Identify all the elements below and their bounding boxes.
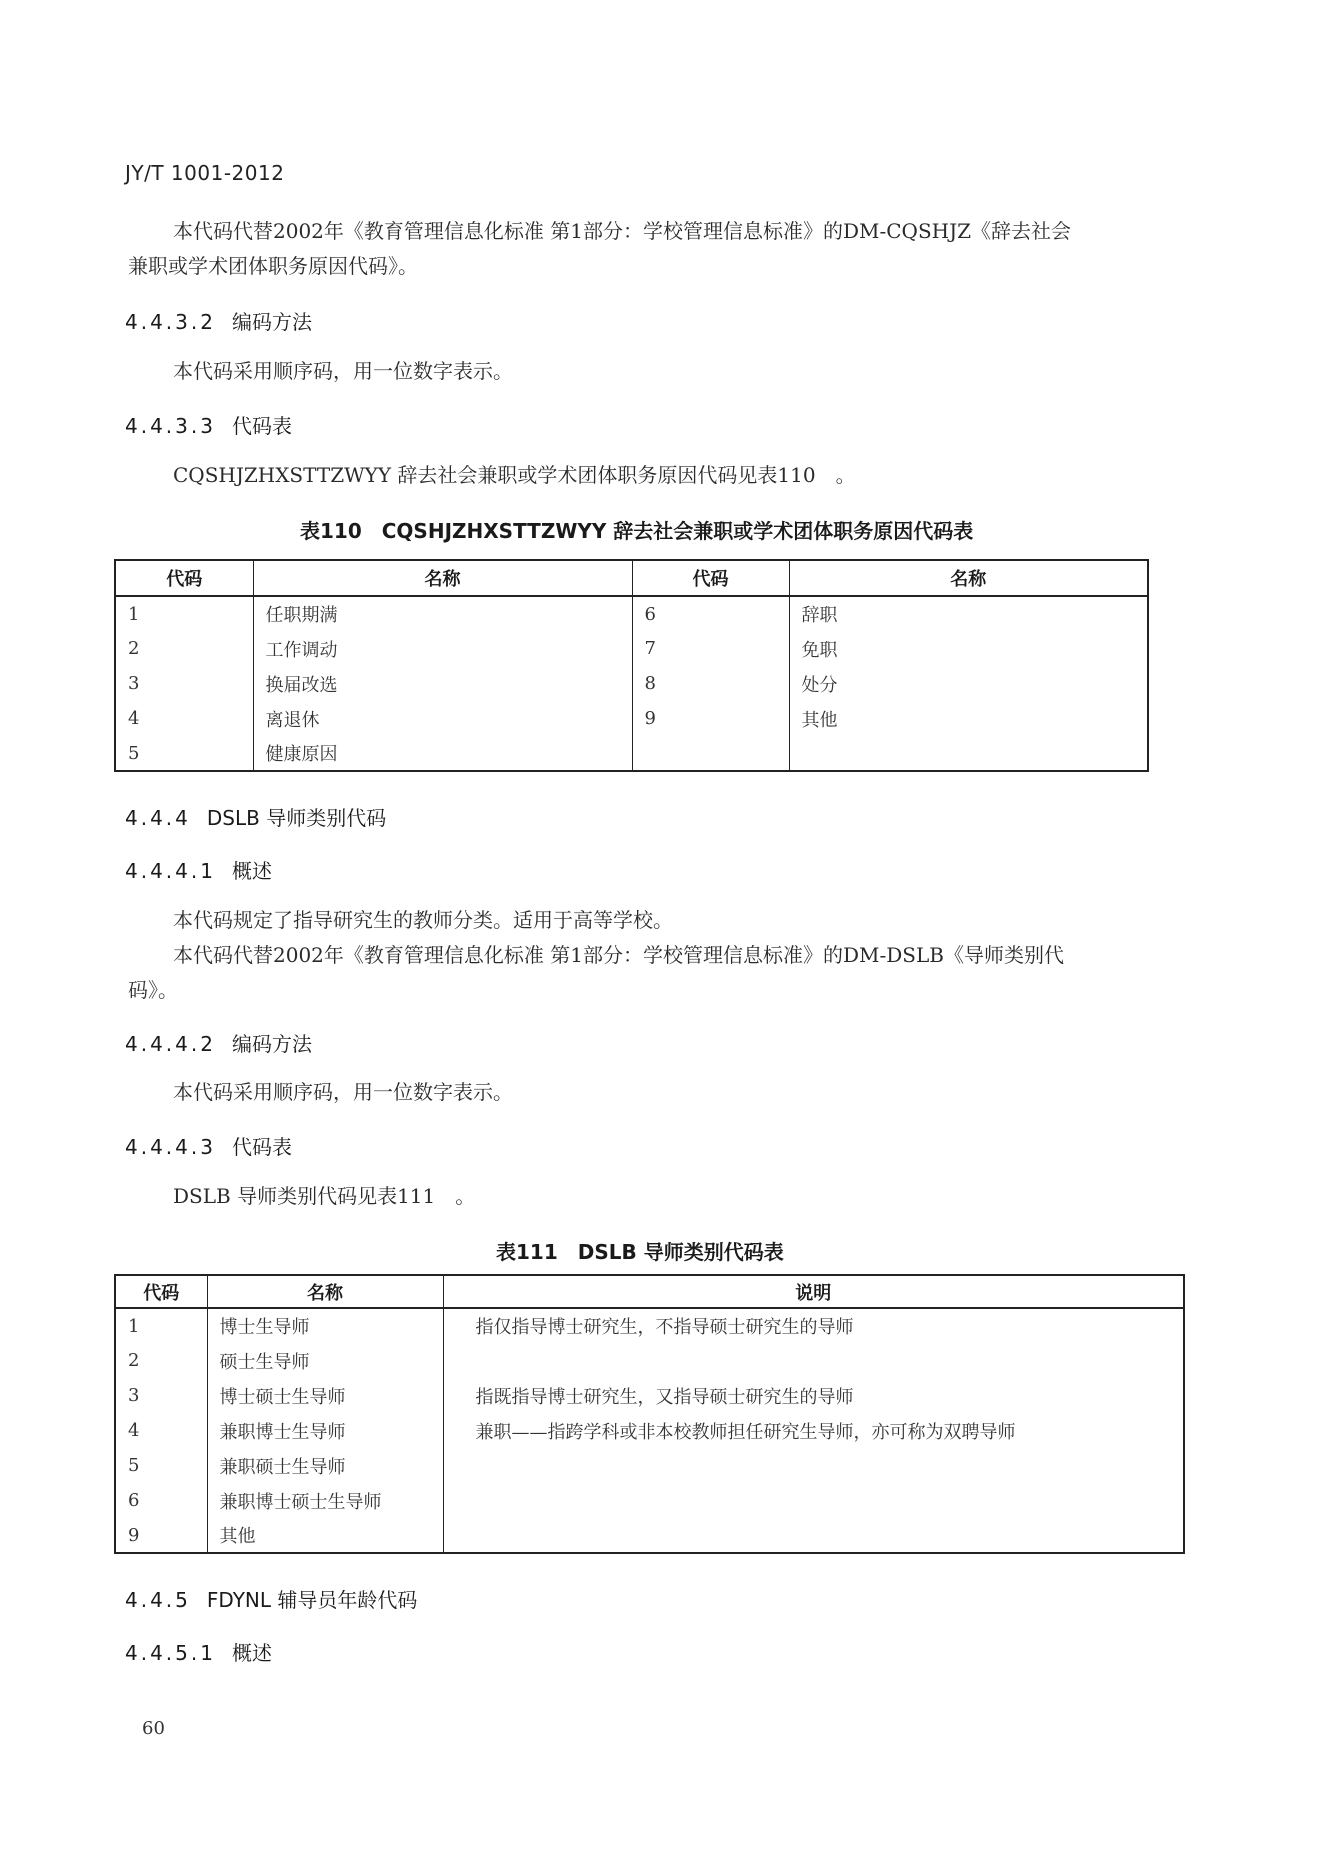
section-heading-4-4-4-1: 4.4.4.1概述: [125, 855, 272, 884]
cell-name: 换届改选: [253, 666, 632, 701]
cell-note: [443, 1343, 1184, 1378]
section-title: 概述: [232, 859, 272, 883]
section-heading-4-4-4-3: 4.4.4.3代码表: [125, 1131, 292, 1160]
cell-name: 离退休: [253, 701, 632, 736]
table-111-caption: 表111 DSLB 导师类别代码表: [496, 1236, 784, 1265]
cell-note: 指既指导博士研究生，又指导硕士研究生的导师: [443, 1378, 1184, 1413]
cell-name: 博士生导师: [207, 1308, 443, 1343]
section-number: 4.4.4: [125, 806, 191, 830]
cell-code: 9: [632, 701, 789, 736]
paragraph-replacement-line1: 本代码代替2002年《教育管理信息化标准 第1部分：学校管理信息标准》的DM-C…: [173, 213, 1071, 249]
cell-name: 工作调动: [253, 631, 632, 666]
cell-name: 硕士生导师: [207, 1343, 443, 1378]
cell-name: 辞职: [789, 596, 1148, 631]
table-row: 2 工作调动 7 免职: [115, 631, 1148, 666]
table-row: 4 离退休 9 其他: [115, 701, 1148, 736]
cell-name: 任职期满: [253, 596, 632, 631]
cell-name: [789, 736, 1148, 771]
section-heading-4-4-5: 4.4.5FDYNL 辅导员年龄代码: [125, 1584, 417, 1613]
section-heading-4-4-4-2: 4.4.4.2编码方法: [125, 1028, 312, 1057]
cell-name: 兼职博士生导师: [207, 1413, 443, 1448]
cell-name: 兼职硕士生导师: [207, 1448, 443, 1483]
table-111: 代码 名称 说明 1 博士生导师 指仅指导博士研究生，不指导硕士研究生的导师 2…: [114, 1274, 1185, 1554]
section-number: 4.4.5: [125, 1588, 191, 1612]
paragraph-table-reference-110: CQSHJZHXSTTZWYY 辞去社会兼职或学术团体职务原因代码见表110 。: [173, 457, 856, 493]
table-110: 代码 名称 代码 名称 1 任职期满 6 辞职 2 工作调动 7 免职 3 换届…: [114, 559, 1149, 772]
section-title: 代码表: [232, 1135, 292, 1159]
cell-code: 4: [115, 1413, 207, 1448]
header-name-left: 名称: [253, 560, 632, 596]
paragraph-encoding-method: 本代码采用顺序码，用一位数字表示。: [173, 1074, 513, 1110]
cell-name: 其他: [789, 701, 1148, 736]
table-row: 1 博士生导师 指仅指导博士研究生，不指导硕士研究生的导师: [115, 1308, 1184, 1343]
table-row: 5 健康原因: [115, 736, 1148, 771]
section-title: 代码表: [232, 414, 292, 438]
section-title: DSLB 导师类别代码: [207, 806, 386, 830]
cell-note: [443, 1483, 1184, 1518]
section-heading-4-4-3-3: 4.4.3.3代码表: [125, 410, 292, 439]
paragraph-overview-line3: 码》。: [128, 972, 178, 1008]
cell-name: 其他: [207, 1518, 443, 1553]
cell-code: 4: [115, 701, 253, 736]
section-heading-4-4-5-1: 4.4.5.1概述: [125, 1637, 272, 1666]
table-row: 5 兼职硕士生导师: [115, 1448, 1184, 1483]
cell-note: 指仅指导博士研究生，不指导硕士研究生的导师: [443, 1308, 1184, 1343]
header-name: 名称: [207, 1275, 443, 1308]
cell-code: 5: [115, 736, 253, 771]
section-number: 4.4.4.2: [125, 1032, 216, 1056]
cell-code: 5: [115, 1448, 207, 1483]
cell-code: 3: [115, 666, 253, 701]
cell-name: 兼职博士硕士生导师: [207, 1483, 443, 1518]
cell-name: 博士硕士生导师: [207, 1378, 443, 1413]
section-title: FDYNL 辅导员年龄代码: [207, 1588, 418, 1612]
cell-code: 9: [115, 1518, 207, 1553]
section-number: 4.4.3.2: [125, 310, 216, 334]
cell-code: 7: [632, 631, 789, 666]
table-row: 1 任职期满 6 辞职: [115, 596, 1148, 631]
cell-code: 6: [115, 1483, 207, 1518]
cell-code: 2: [115, 631, 253, 666]
cell-code: 6: [632, 596, 789, 631]
section-title: 编码方法: [232, 310, 312, 334]
cell-code: 3: [115, 1378, 207, 1413]
table-header-row: 代码 名称 说明: [115, 1275, 1184, 1308]
paragraph-encoding-method: 本代码采用顺序码，用一位数字表示。: [173, 353, 513, 389]
paragraph-table-reference-111: DSLB 导师类别代码见表111 。: [173, 1178, 475, 1214]
cell-code: [632, 736, 789, 771]
cell-code: 1: [115, 1308, 207, 1343]
paragraph-overview-line1: 本代码规定了指导研究生的教师分类。适用于高等学校。: [173, 902, 673, 938]
cell-code: 8: [632, 666, 789, 701]
section-number: 4.4.3.3: [125, 414, 216, 438]
section-number: 4.4.4.1: [125, 859, 216, 883]
section-number: 4.4.5.1: [125, 1641, 216, 1665]
table-row: 2 硕士生导师: [115, 1343, 1184, 1378]
table-row: 6 兼职博士硕士生导师: [115, 1483, 1184, 1518]
section-number: 4.4.4.3: [125, 1135, 216, 1159]
section-heading-4-4-3-2: 4.4.3.2编码方法: [125, 306, 312, 335]
standard-number: JY/T 1001-2012: [125, 161, 284, 185]
cell-note: 兼职——指跨学科或非本校教师担任研究生导师，亦可称为双聘导师: [443, 1413, 1184, 1448]
header-code-left: 代码: [115, 560, 253, 596]
section-heading-4-4-4: 4.4.4DSLB 导师类别代码: [125, 802, 386, 831]
paragraph-overview-line2: 本代码代替2002年《教育管理信息化标准 第1部分：学校管理信息标准》的DM-D…: [173, 937, 1064, 973]
table-row: 3 博士硕士生导师 指既指导博士研究生，又指导硕士研究生的导师: [115, 1378, 1184, 1413]
table-header-row: 代码 名称 代码 名称: [115, 560, 1148, 596]
table-row: 9 其他: [115, 1518, 1184, 1553]
table-row: 4 兼职博士生导师 兼职——指跨学科或非本校教师担任研究生导师，亦可称为双聘导师: [115, 1413, 1184, 1448]
header-name-right: 名称: [789, 560, 1148, 596]
section-title: 概述: [232, 1641, 272, 1665]
header-note: 说明: [443, 1275, 1184, 1308]
page-number: 60: [142, 1718, 165, 1739]
cell-note: [443, 1518, 1184, 1553]
header-code-right: 代码: [632, 560, 789, 596]
paragraph-replacement-line2: 兼职或学术团体职务原因代码》。: [128, 248, 418, 284]
section-title: 编码方法: [232, 1032, 312, 1056]
cell-name: 免职: [789, 631, 1148, 666]
cell-name: 健康原因: [253, 736, 632, 771]
cell-code: 2: [115, 1343, 207, 1378]
cell-name: 处分: [789, 666, 1148, 701]
table-row: 3 换届改选 8 处分: [115, 666, 1148, 701]
cell-note: [443, 1448, 1184, 1483]
header-code: 代码: [115, 1275, 207, 1308]
table-110-caption: 表110 CQSHJZHXSTTZWYY 辞去社会兼职或学术团体职务原因代码表: [300, 515, 973, 544]
cell-code: 1: [115, 596, 253, 631]
